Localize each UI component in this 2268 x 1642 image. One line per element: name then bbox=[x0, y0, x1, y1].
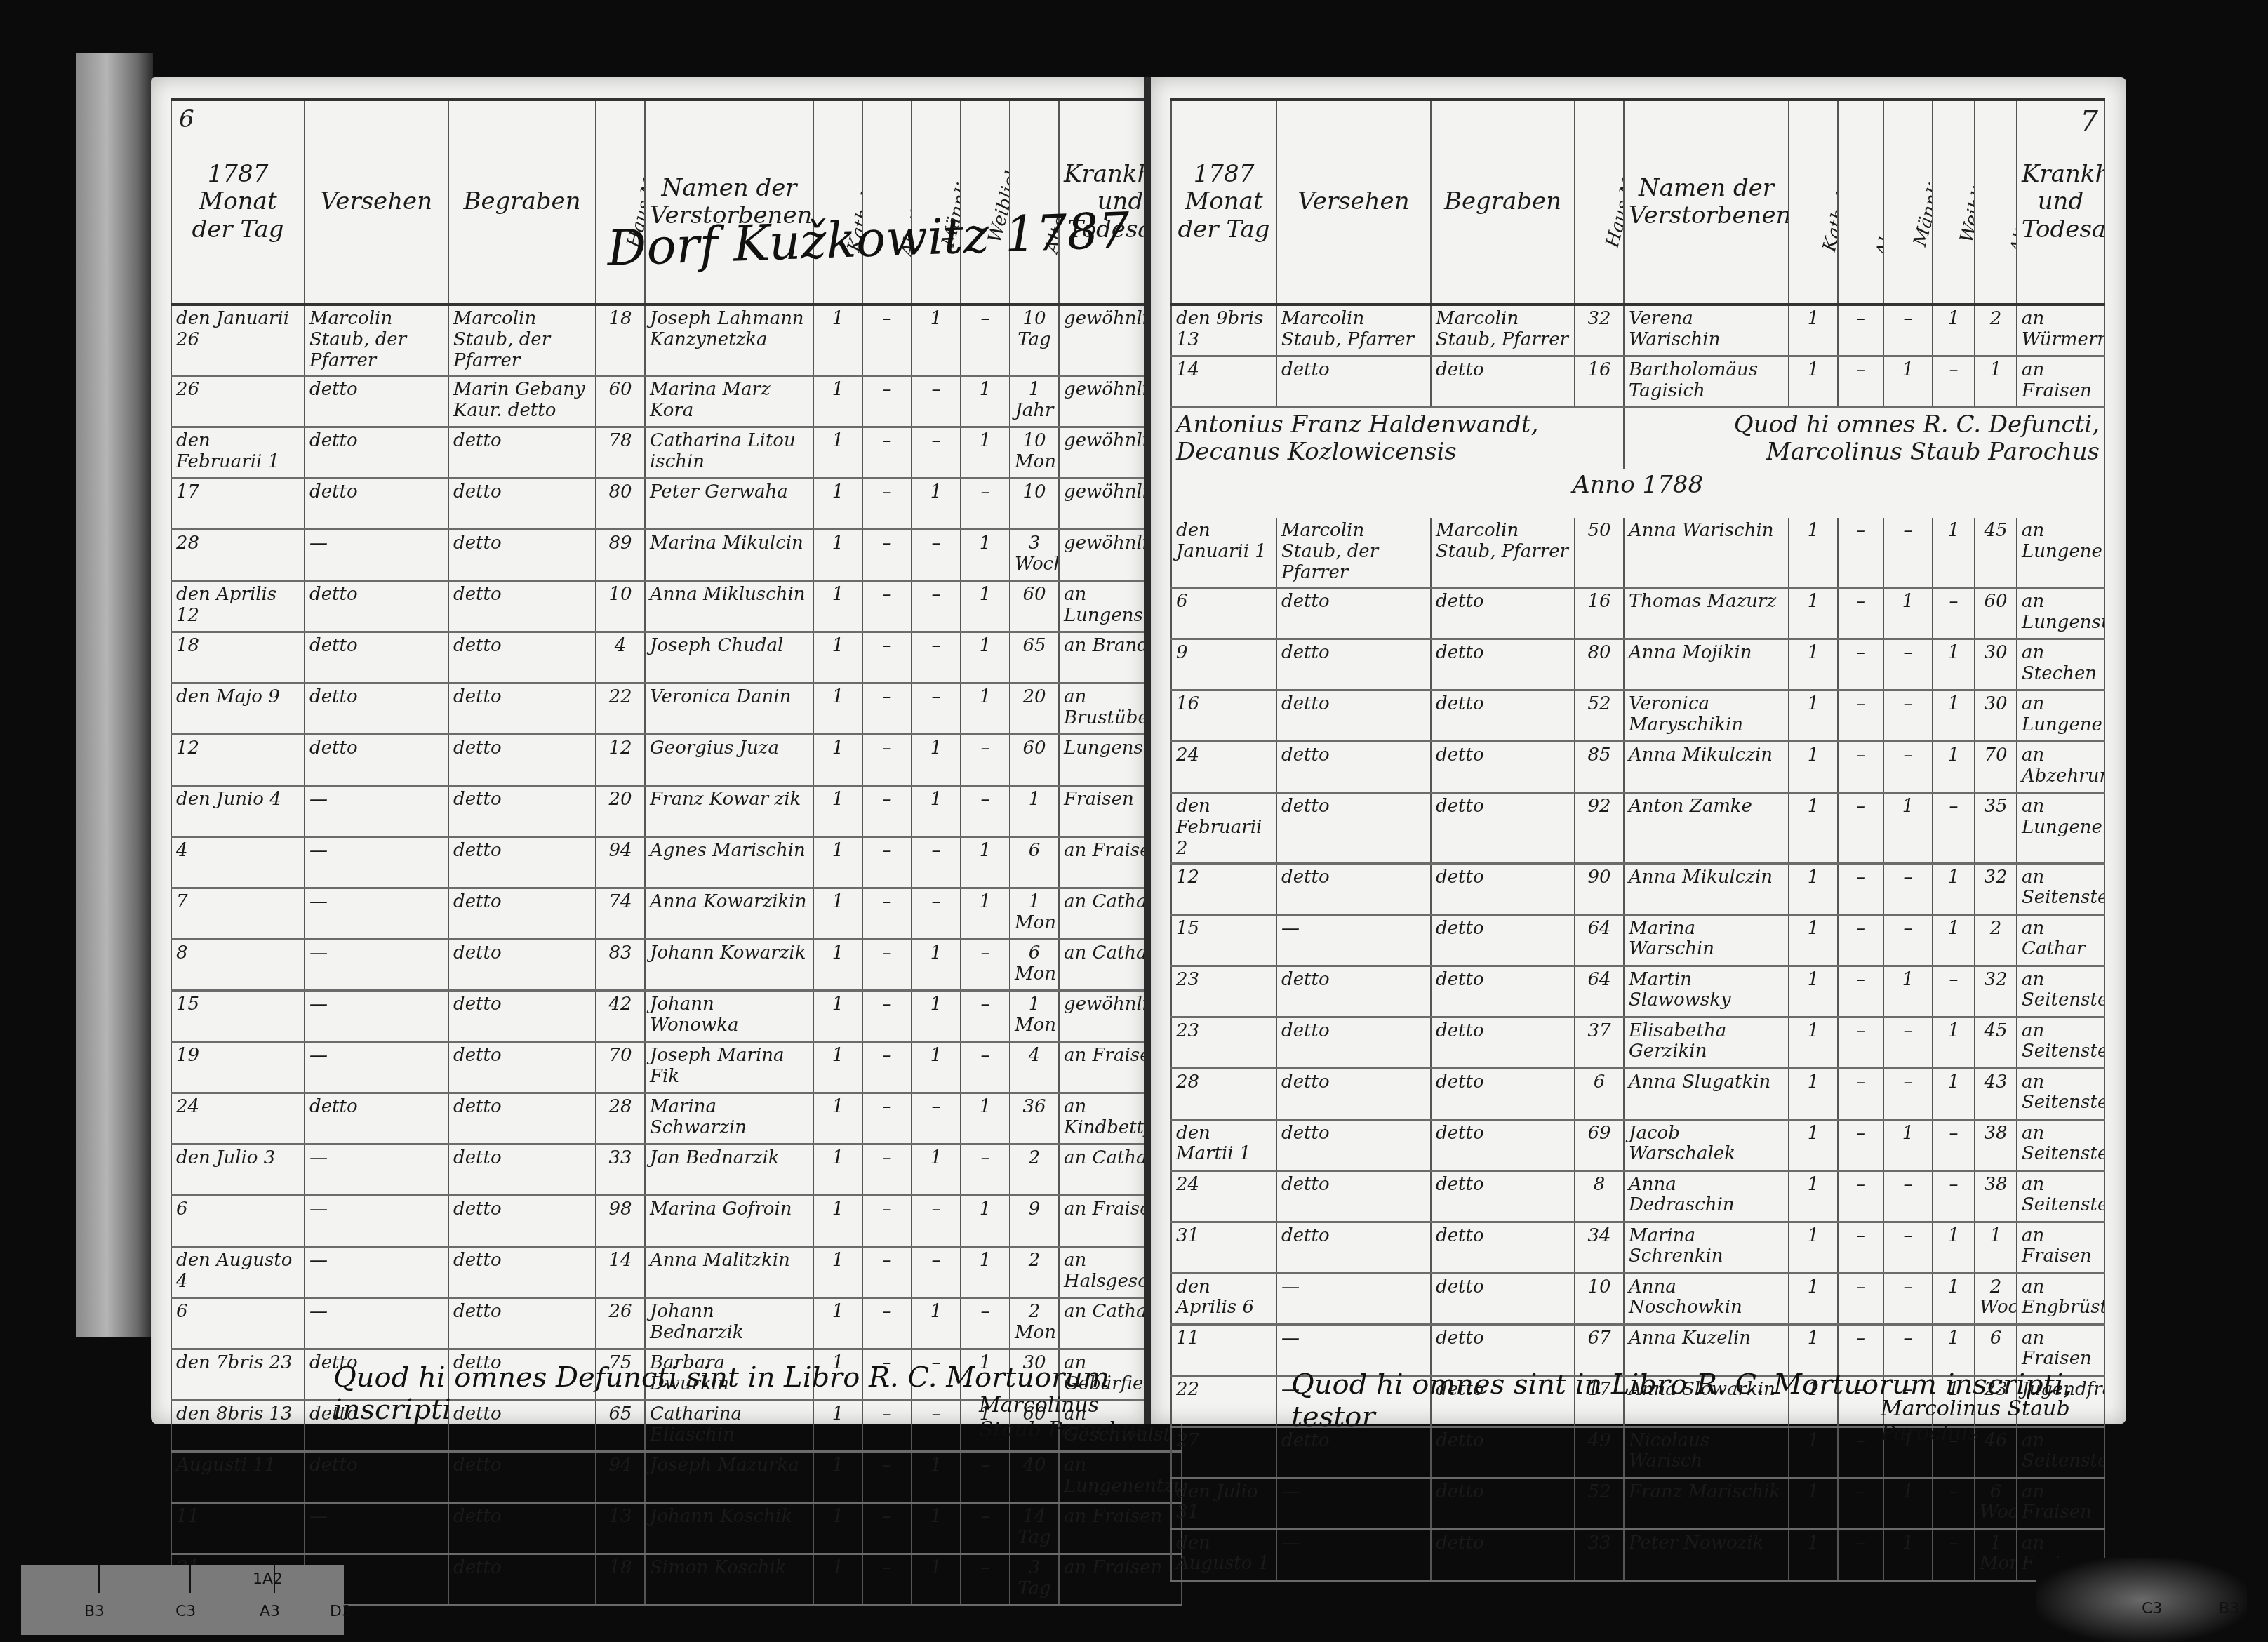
cell-akath: – bbox=[862, 990, 912, 1041]
cell-age: 30 bbox=[1975, 639, 2017, 690]
cell-name: Johann Wonowka bbox=[645, 990, 813, 1041]
cell-cause: an Seitenstechen bbox=[2017, 863, 2104, 914]
table-row: 7—detto74Anna Kowarzikin1––11 Monan Cath… bbox=[171, 888, 1182, 939]
cell-name: Jacob Warschalek bbox=[1624, 1119, 1789, 1170]
cell-name: Anna Mikulczin bbox=[1624, 741, 1789, 792]
right-register-table: 1787 Monat der Tag Versehen Begraben Hau… bbox=[1170, 98, 2105, 1582]
cell-house: 12 bbox=[596, 734, 645, 785]
left-footer-signature: Marcolinus Staub Parochus bbox=[979, 1393, 1147, 1442]
cell-name: Marina Gofroin bbox=[645, 1195, 813, 1246]
cell-age: 32 bbox=[1975, 966, 2017, 1017]
cell-name: Martin Slawowsky bbox=[1624, 966, 1789, 1017]
cell-m: – bbox=[912, 580, 961, 632]
cell-w: 1 bbox=[961, 888, 1010, 939]
cell-begraben: detto bbox=[1431, 356, 1575, 408]
cell-age: 10 Tag bbox=[1010, 305, 1059, 375]
cell-m: 1 bbox=[1883, 587, 1933, 639]
cell-akath: – bbox=[1838, 1529, 1883, 1580]
cell-date: den Januarii 26 bbox=[171, 305, 305, 375]
cell-m: – bbox=[1883, 914, 1933, 966]
cell-date: 7 bbox=[171, 888, 305, 939]
cell-age: 1 bbox=[1975, 356, 2017, 408]
cell-age: 35 bbox=[1975, 792, 2017, 863]
annotation-row: Antonius Franz Haldenwandt, Decanus Kozl… bbox=[1171, 408, 2104, 469]
cell-w: – bbox=[961, 1144, 1010, 1195]
cell-versehen: detto bbox=[1276, 1119, 1431, 1170]
cell-house: 80 bbox=[1575, 639, 1624, 690]
cell-kath: 1 bbox=[1789, 1119, 1838, 1170]
cell-versehen: — bbox=[305, 990, 448, 1041]
cell-name: Marina Mikulcin bbox=[645, 529, 813, 580]
cell-cause: an Seitenstechen bbox=[2017, 1170, 2104, 1222]
cell-age: 1 bbox=[1975, 1222, 2017, 1273]
cell-versehen: detto bbox=[1276, 1017, 1431, 1068]
col-header-female: Weiblich bbox=[961, 100, 1010, 305]
cell-begraben: detto bbox=[448, 785, 596, 836]
cell-name: Georgius Juza bbox=[645, 734, 813, 785]
cell-house: 26 bbox=[596, 1297, 645, 1349]
cell-age: 6 Woch bbox=[1975, 1478, 2017, 1529]
cell-kath: 1 bbox=[813, 939, 862, 990]
cell-date: 24 bbox=[171, 1093, 305, 1144]
cell-date: 15 bbox=[1171, 914, 1276, 966]
cell-date: den 8bris 13 bbox=[171, 1400, 305, 1451]
scan-ruler-right: C3 B3 bbox=[2036, 1558, 2247, 1642]
cell-name: Catharina Litou ischin bbox=[645, 427, 813, 478]
cell-m: 1 bbox=[912, 1502, 961, 1554]
cell-date: 14 bbox=[1171, 356, 1276, 408]
cell-w: 1 bbox=[1933, 1068, 1975, 1119]
cell-cause: an Fraisen bbox=[2017, 356, 2104, 408]
cell-begraben: Marcolin Staub, Pfarrer bbox=[1431, 305, 1575, 356]
cell-begraben: detto bbox=[448, 888, 596, 939]
cell-name: Agnes Marischin bbox=[645, 836, 813, 888]
table-row: den Januarii 1Marcolin Staub, der Pfarre… bbox=[1171, 518, 2104, 587]
ruler-label: B3 bbox=[84, 1603, 105, 1620]
col-header-male: Männlich bbox=[912, 100, 961, 305]
cell-kath: 1 bbox=[813, 580, 862, 632]
cell-date: 8 bbox=[171, 939, 305, 990]
cell-w: 1 bbox=[961, 1195, 1010, 1246]
cell-begraben: detto bbox=[1431, 587, 1575, 639]
cell-cause: an Fraisen bbox=[2017, 1222, 2104, 1273]
cell-w: 1 bbox=[961, 1093, 1010, 1144]
cell-w: – bbox=[961, 305, 1010, 375]
cell-versehen: — bbox=[305, 836, 448, 888]
cell-name: Joseph Chudal bbox=[645, 632, 813, 683]
cell-w: – bbox=[1933, 792, 1975, 863]
cell-name: Peter Gerwaha bbox=[645, 478, 813, 529]
cell-date: den Augusto 1 bbox=[1171, 1529, 1276, 1580]
cell-house: 32 bbox=[1575, 305, 1624, 356]
decan-annotation: Antonius Franz Haldenwandt, Decanus Kozl… bbox=[1171, 408, 1624, 469]
cell-versehen: detto bbox=[1276, 792, 1431, 863]
cell-akath: – bbox=[1838, 741, 1883, 792]
cell-date: den 7bris 23 bbox=[171, 1349, 305, 1400]
cell-house: 18 bbox=[596, 305, 645, 375]
cell-begraben: detto bbox=[448, 529, 596, 580]
cell-house: 89 bbox=[596, 529, 645, 580]
cell-w: – bbox=[1933, 1478, 1975, 1529]
col-header-begraben: Begraben bbox=[448, 100, 596, 305]
cell-m: – bbox=[912, 888, 961, 939]
cell-akath: – bbox=[1838, 587, 1883, 639]
cell-name: Anna Slugatkin bbox=[1624, 1068, 1789, 1119]
cell-w: – bbox=[1933, 356, 1975, 408]
cell-date: den Aprilis 6 bbox=[1171, 1273, 1276, 1324]
ruler-label: 1A2 bbox=[253, 1570, 283, 1588]
cell-w: – bbox=[961, 1451, 1010, 1502]
col-header-versehen: Versehen bbox=[1276, 100, 1431, 305]
cell-house: 14 bbox=[596, 1246, 645, 1297]
cell-cause: an Lungenentzündung bbox=[2017, 792, 2104, 863]
cell-akath: – bbox=[862, 683, 912, 734]
cell-age: 38 bbox=[1975, 1170, 2017, 1222]
cell-date: Augusti 11 bbox=[171, 1451, 305, 1502]
cell-w: 1 bbox=[961, 836, 1010, 888]
cell-date: 9 bbox=[1171, 639, 1276, 690]
cell-versehen: — bbox=[305, 939, 448, 990]
table-row: 6—detto26Johann Bednarzik1–1–2 Monan Cat… bbox=[171, 1297, 1182, 1349]
cell-versehen: — bbox=[1276, 1478, 1431, 1529]
year-heading-row: Anno 1788 bbox=[1171, 469, 2104, 518]
cell-versehen: — bbox=[305, 1297, 448, 1349]
cell-akath: – bbox=[862, 1144, 912, 1195]
cell-akath: – bbox=[862, 1451, 912, 1502]
cell-begraben: detto bbox=[448, 632, 596, 683]
cell-begraben: detto bbox=[448, 990, 596, 1041]
cell-versehen: — bbox=[305, 785, 448, 836]
cell-house: 16 bbox=[1575, 356, 1624, 408]
table-row: 18dettodetto4Joseph Chudal1––165an Brand bbox=[171, 632, 1182, 683]
cell-m: – bbox=[1883, 1017, 1933, 1068]
cell-cause: an Lungenentzündung bbox=[1059, 1451, 1182, 1502]
page-number-right: 7 bbox=[2081, 105, 2098, 138]
cell-age: 9 bbox=[1010, 1195, 1059, 1246]
table-row: 6dettodetto16Thomas Mazurz1–1–60an Lunge… bbox=[1171, 587, 2104, 639]
cell-versehen: detto bbox=[1276, 741, 1431, 792]
cell-kath: 1 bbox=[813, 305, 862, 375]
cell-house: 34 bbox=[1575, 1222, 1624, 1273]
cell-kath: 1 bbox=[813, 1502, 862, 1554]
cell-name: Joseph Lahmann Kanzynetzka bbox=[645, 305, 813, 375]
table-row: 8—detto83Johann Kowarzik1–1–6 Monan Cath… bbox=[171, 939, 1182, 990]
cell-w: 1 bbox=[1933, 1273, 1975, 1324]
cell-date: 31 bbox=[1171, 1222, 1276, 1273]
cell-versehen: detto bbox=[305, 683, 448, 734]
cell-kath: 1 bbox=[1789, 587, 1838, 639]
cell-house: 52 bbox=[1575, 690, 1624, 741]
table-row: 28—detto89Marina Mikulcin1––13 Wochgewöh… bbox=[171, 529, 1182, 580]
cell-name: Veronica Maryschikin bbox=[1624, 690, 1789, 741]
cell-akath: – bbox=[1838, 690, 1883, 741]
cell-versehen: detto bbox=[1276, 1170, 1431, 1222]
cell-akath: – bbox=[862, 580, 912, 632]
cell-akath: – bbox=[1838, 966, 1883, 1017]
cell-kath: 1 bbox=[1789, 356, 1838, 408]
cell-akath: – bbox=[862, 1093, 912, 1144]
cell-name: Joseph Mazurka bbox=[645, 1451, 813, 1502]
cell-kath: 1 bbox=[1789, 863, 1838, 914]
cell-house: 80 bbox=[596, 478, 645, 529]
cell-versehen: detto bbox=[305, 734, 448, 785]
table-row: 23dettodetto37Elisabetha Gerzikin1––145a… bbox=[1171, 1017, 2104, 1068]
cell-m: – bbox=[912, 529, 961, 580]
cell-house: 94 bbox=[596, 1451, 645, 1502]
cell-akath: – bbox=[1838, 1119, 1883, 1170]
cell-versehen: detto bbox=[305, 580, 448, 632]
cell-date: 23 bbox=[1171, 966, 1276, 1017]
table-row: 12dettodetto12Georgius Juza1–1–60Lungens… bbox=[171, 734, 1182, 785]
cell-begraben: detto bbox=[1431, 792, 1575, 863]
left-page: 1787 Monat der Tag Versehen Begraben Hau… bbox=[151, 77, 1147, 1424]
cell-kath: 1 bbox=[813, 1297, 862, 1349]
cell-date: 16 bbox=[1171, 690, 1276, 741]
cell-akath: – bbox=[862, 1041, 912, 1093]
cell-name: Anna Mikluschin bbox=[645, 580, 813, 632]
cell-name: Marina Schwarzin bbox=[645, 1093, 813, 1144]
cell-w: 1 bbox=[961, 427, 1010, 478]
cell-kath: 1 bbox=[813, 529, 862, 580]
cell-house: 4 bbox=[596, 632, 645, 683]
cell-versehen: Marcolin Staub, Pfarrer bbox=[1276, 305, 1431, 356]
cell-versehen: detto bbox=[1276, 587, 1431, 639]
table-row: 24dettodetto8Anna Dedraschin1–––38an Sei… bbox=[1171, 1170, 2104, 1222]
cell-versehen: — bbox=[305, 1041, 448, 1093]
cell-m: 1 bbox=[1883, 1119, 1933, 1170]
cell-name: Anna Warischin bbox=[1624, 518, 1789, 587]
table-row: 16dettodetto52Veronica Maryschikin1––130… bbox=[1171, 690, 2104, 741]
cell-cause: an Stechen bbox=[2017, 639, 2104, 690]
cell-name: Marina Schrenkin bbox=[1624, 1222, 1789, 1273]
cell-w: 1 bbox=[961, 632, 1010, 683]
ruler-label: C3 bbox=[2142, 1600, 2162, 1617]
cell-date: 22 bbox=[1171, 1375, 1276, 1427]
cell-akath: – bbox=[1838, 1068, 1883, 1119]
cell-versehen: detto bbox=[1276, 1222, 1431, 1273]
cell-w: – bbox=[961, 990, 1010, 1041]
cell-house: 16 bbox=[1575, 587, 1624, 639]
cell-akath: – bbox=[1838, 1427, 1883, 1478]
cell-w: 1 bbox=[961, 529, 1010, 580]
cell-kath: 1 bbox=[1789, 639, 1838, 690]
cell-house: 83 bbox=[596, 939, 645, 990]
right-footer-signature: Marcolinus Staub Parochus bbox=[1881, 1396, 2126, 1446]
table-row: 4—detto94Agnes Marischin1––16an Fraisen bbox=[171, 836, 1182, 888]
cell-date: den Julio 31 bbox=[1171, 1478, 1276, 1529]
cell-name: Johann Koschik bbox=[645, 1502, 813, 1554]
cell-versehen: detto bbox=[305, 375, 448, 427]
cell-m: – bbox=[1883, 690, 1933, 741]
cell-begraben: detto bbox=[1431, 863, 1575, 914]
cell-name: Anton Zamke bbox=[1624, 792, 1789, 863]
cell-m: – bbox=[912, 683, 961, 734]
cell-akath: – bbox=[862, 939, 912, 990]
cell-begraben: detto bbox=[1431, 1222, 1575, 1273]
cell-m: – bbox=[1883, 1222, 1933, 1273]
cell-akath: – bbox=[862, 427, 912, 478]
cell-m: – bbox=[1883, 741, 1933, 792]
cell-house: 10 bbox=[596, 580, 645, 632]
table-row: den Julio 31—detto52Franz Marischik1–1–6… bbox=[1171, 1478, 2104, 1529]
cell-m: 1 bbox=[912, 305, 961, 375]
cell-kath: 1 bbox=[813, 836, 862, 888]
cell-house: 98 bbox=[596, 1195, 645, 1246]
cell-name: Franz Kowar zik bbox=[645, 785, 813, 836]
cell-versehen: — bbox=[305, 1195, 448, 1246]
cell-m: – bbox=[912, 1246, 961, 1297]
cell-kath: 1 bbox=[1789, 1068, 1838, 1119]
cell-m: 1 bbox=[912, 1451, 961, 1502]
cell-m: 1 bbox=[912, 939, 961, 990]
cell-begraben: detto bbox=[1431, 1273, 1575, 1324]
cell-name: Anna Malitzkin bbox=[645, 1246, 813, 1297]
cell-date: 26 bbox=[171, 375, 305, 427]
cell-m: – bbox=[1883, 639, 1933, 690]
cell-kath: 1 bbox=[1789, 1273, 1838, 1324]
cell-cause: an Seitenstechen bbox=[2017, 966, 2104, 1017]
table-row: 23dettodetto64Martin Slawowsky1–1–32an S… bbox=[1171, 966, 2104, 1017]
cell-house: 90 bbox=[1575, 863, 1624, 914]
cell-begraben: detto bbox=[1431, 966, 1575, 1017]
cell-m: 1 bbox=[1883, 966, 1933, 1017]
cell-date: 12 bbox=[1171, 863, 1276, 914]
cell-begraben: detto bbox=[448, 1041, 596, 1093]
cell-house: 37 bbox=[1575, 1017, 1624, 1068]
cell-begraben: detto bbox=[448, 1297, 596, 1349]
col-header-date: 1787 Monat der Tag bbox=[1171, 100, 1276, 305]
cell-cause: an Abzehrung bbox=[2017, 741, 2104, 792]
cell-age: 3 Tag bbox=[1010, 1554, 1059, 1605]
cell-versehen: detto bbox=[305, 427, 448, 478]
cell-house: 74 bbox=[596, 888, 645, 939]
cell-akath: – bbox=[862, 1502, 912, 1554]
cell-date: 28 bbox=[1171, 1068, 1276, 1119]
cell-age: 2 bbox=[1010, 1144, 1059, 1195]
cell-house: 64 bbox=[1575, 966, 1624, 1017]
cell-versehen: — bbox=[305, 1144, 448, 1195]
cell-m: 1 bbox=[912, 734, 961, 785]
parish-annotation: Quod hi omnes R. C. Defuncti, Marcolinus… bbox=[1624, 408, 2104, 469]
col-header-house: Haus Nro bbox=[1575, 100, 1624, 305]
cell-age: 38 bbox=[1975, 1119, 2017, 1170]
cell-w: – bbox=[961, 1554, 1010, 1605]
cell-age: 65 bbox=[1010, 632, 1059, 683]
cell-w: 1 bbox=[961, 375, 1010, 427]
cell-akath: – bbox=[862, 305, 912, 375]
cell-date: 19 bbox=[171, 1041, 305, 1093]
table-row: 24dettodetto28Marina Schwarzin1––136an K… bbox=[171, 1093, 1182, 1144]
cell-akath: – bbox=[862, 478, 912, 529]
cell-kath: 1 bbox=[1789, 914, 1838, 966]
cell-house: 69 bbox=[1575, 1119, 1624, 1170]
cell-begraben: detto bbox=[448, 939, 596, 990]
cell-begraben: detto bbox=[1431, 690, 1575, 741]
cell-w: 1 bbox=[1933, 1017, 1975, 1068]
cell-kath: 1 bbox=[813, 1195, 862, 1246]
cell-name: Elisabetha Gerzikin bbox=[1624, 1017, 1789, 1068]
cell-akath: – bbox=[1838, 1170, 1883, 1222]
col-header-versehen: Versehen bbox=[305, 100, 448, 305]
cell-age: 1 Mon bbox=[1010, 990, 1059, 1041]
cell-begraben: detto bbox=[448, 1195, 596, 1246]
cell-w: – bbox=[961, 1502, 1010, 1554]
cell-name: Veronica Danin bbox=[645, 683, 813, 734]
cell-name: Johann Kowarzik bbox=[645, 939, 813, 990]
cell-age: 20 bbox=[1010, 683, 1059, 734]
cell-begraben: detto bbox=[448, 1093, 596, 1144]
cell-versehen: — bbox=[305, 888, 448, 939]
cell-kath: 1 bbox=[1789, 690, 1838, 741]
cell-versehen: detto bbox=[305, 632, 448, 683]
cell-kath: 1 bbox=[813, 1144, 862, 1195]
table-row: den Januarii 26Marcolin Staub, der Pfarr… bbox=[171, 305, 1182, 375]
cell-house: 10 bbox=[1575, 1273, 1624, 1324]
cell-akath: – bbox=[862, 888, 912, 939]
cell-m: 1 bbox=[912, 990, 961, 1041]
col-header-akath: Akatholisch bbox=[1838, 100, 1883, 305]
table-row: den Martii 1dettodetto69Jacob Warschalek… bbox=[1171, 1119, 2104, 1170]
cell-house: 50 bbox=[1575, 518, 1624, 587]
table-row: den Julio 3—detto33Jan Bednarzik1–1–2an … bbox=[171, 1144, 1182, 1195]
cell-akath: – bbox=[862, 1297, 912, 1349]
cell-kath: 1 bbox=[813, 375, 862, 427]
cell-begraben: Marcolin Staub, der Pfarrer bbox=[448, 305, 596, 375]
cell-cause: an Fraisen bbox=[2017, 1478, 2104, 1529]
cell-versehen: detto bbox=[1276, 1427, 1431, 1478]
cell-cause: an Lungenentzündung bbox=[2017, 518, 2104, 587]
cell-house: 78 bbox=[596, 427, 645, 478]
cell-kath: 1 bbox=[813, 1093, 862, 1144]
cell-age: 10 bbox=[1010, 478, 1059, 529]
table-row: den Aprilis 6—detto10Anna Noschowkin1––1… bbox=[1171, 1273, 2104, 1324]
cell-begraben: detto bbox=[448, 580, 596, 632]
cell-kath: 1 bbox=[1789, 1170, 1838, 1222]
right-page: 1787 Monat der Tag Versehen Begraben Hau… bbox=[1151, 77, 2126, 1424]
cell-m: 1 bbox=[1883, 1478, 1933, 1529]
cell-house: 33 bbox=[1575, 1529, 1624, 1580]
table-row: 14dettodetto16Bartholomäus Tagisich1–1–1… bbox=[1171, 356, 2104, 408]
cell-w: – bbox=[961, 478, 1010, 529]
cell-begraben: detto bbox=[448, 1451, 596, 1502]
cell-date: 6 bbox=[1171, 587, 1276, 639]
cell-age: 36 bbox=[1010, 1093, 1059, 1144]
cell-m: – bbox=[912, 632, 961, 683]
cell-w: 1 bbox=[961, 683, 1010, 734]
cell-house: 85 bbox=[1575, 741, 1624, 792]
table-row: 31dettodetto34Marina Schrenkin1––11an Fr… bbox=[1171, 1222, 2104, 1273]
cell-m: – bbox=[1883, 518, 1933, 587]
cell-w: 1 bbox=[1933, 741, 1975, 792]
cell-date: den Junio 4 bbox=[171, 785, 305, 836]
cell-kath: 1 bbox=[813, 1554, 862, 1605]
cell-age: 2 Wochen bbox=[1975, 1273, 2017, 1324]
table-row: 26dettoMarin Gebany Kaur. detto60Marina … bbox=[171, 375, 1182, 427]
table-row: 12dettodetto90Anna Mikulczin1––132an Sei… bbox=[1171, 863, 2104, 914]
ruler-label: B3 bbox=[2219, 1600, 2239, 1617]
cell-w: 1 bbox=[1933, 1222, 1975, 1273]
cell-cause: an Cathar bbox=[2017, 914, 2104, 966]
cell-age: 3 Woch bbox=[1010, 529, 1059, 580]
col-header-akath: Akatholisch bbox=[862, 100, 912, 305]
cell-age: 2 Mon bbox=[1010, 1297, 1059, 1349]
cell-m: 1 bbox=[912, 1144, 961, 1195]
col-header-male: Männlich bbox=[1883, 100, 1933, 305]
cell-date: 15 bbox=[171, 990, 305, 1041]
cell-age: 45 bbox=[1975, 1017, 2017, 1068]
cell-versehen: detto bbox=[305, 1451, 448, 1502]
book-spine bbox=[76, 53, 153, 1337]
